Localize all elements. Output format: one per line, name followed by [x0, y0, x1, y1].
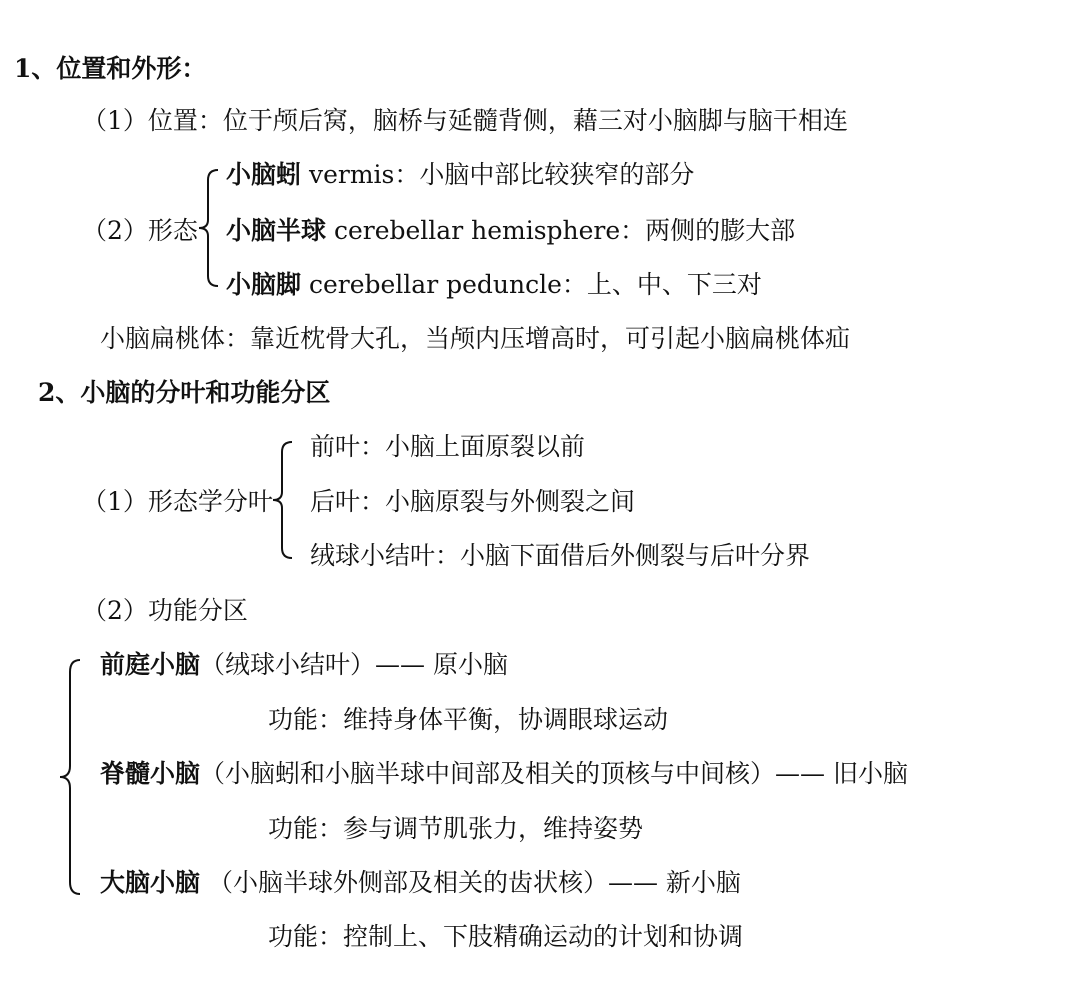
shape-en: cerebellar hemisphere： [326, 216, 645, 245]
morph-label: （1）形态学分叶 [82, 487, 273, 517]
func-zone: 大脑小脑 （小脑半球外侧部及相关的齿状核）—— 新小脑 [100, 868, 741, 898]
zone-detail: （小脑半球外侧部及相关的齿状核）—— 新小脑 [200, 868, 741, 897]
shape-en: cerebellar peduncle： [301, 270, 587, 299]
position-row: （1）位置：位于颅后窝，脑桥与延髓背侧，藉三对小脑脚与脑干相连 [82, 106, 848, 136]
func-zone: 脊髓小脑（小脑蚓和小脑半球中间部及相关的顶核与中间核）—— 旧小脑 [100, 759, 908, 789]
position-text: 位于颅后窝，脑桥与延髓背侧，藉三对小脑脚与脑干相连 [223, 106, 848, 135]
position-label: （1）位置： [82, 106, 223, 135]
shape-term: 小脑半球 [226, 216, 326, 245]
func-zone: 前庭小脑（绒球小结叶）—— 原小脑 [100, 650, 508, 680]
zone-function: 功能：控制上、下肢精确运动的计划和协调 [268, 922, 743, 952]
shape-desc: 两侧的膨大部 [645, 216, 795, 245]
zone-name: 大脑小脑 [100, 868, 200, 897]
shape-en: vermis： [301, 160, 419, 189]
shape-desc: 小脑中部比较狭窄的部分 [419, 160, 694, 189]
section2-heading: 2、小脑的分叶和功能分区 [38, 378, 330, 408]
zone-name: 脊髓小脑 [100, 759, 200, 788]
brace-icon [270, 438, 296, 562]
brace-icon [56, 654, 86, 900]
shape-item: 小脑蚓 vermis：小脑中部比较狭窄的部分 [226, 160, 694, 190]
morph-item: 前叶：小脑上面原裂以前 [310, 432, 585, 462]
func-label: （2）功能分区 [82, 596, 248, 626]
shape-item: 小脑脚 cerebellar peduncle：上、中、下三对 [226, 270, 762, 300]
tonsil-note: 小脑扁桃体：靠近枕骨大孔，当颅内压增高时，可引起小脑扁桃体疝 [100, 324, 850, 354]
shape-term: 小脑脚 [226, 270, 301, 299]
section1-heading: 1、位置和外形： [14, 54, 206, 84]
brace-icon [196, 166, 222, 290]
shape-term: 小脑蚓 [226, 160, 301, 189]
shape-item: 小脑半球 cerebellar hemisphere：两侧的膨大部 [226, 216, 795, 246]
zone-function: 功能：维持身体平衡，协调眼球运动 [268, 705, 668, 735]
zone-function: 功能：参与调节肌张力，维持姿势 [268, 814, 643, 844]
morph-item: 绒球小结叶：小脑下面借后外侧裂与后叶分界 [310, 541, 810, 571]
shape-label: （2）形态 [82, 216, 198, 246]
zone-name: 前庭小脑 [100, 650, 200, 679]
shape-desc: 上、中、下三对 [587, 270, 762, 299]
zone-detail: （小脑蚓和小脑半球中间部及相关的顶核与中间核）—— 旧小脑 [200, 759, 908, 788]
zone-detail: （绒球小结叶）—— 原小脑 [200, 650, 508, 679]
morph-item: 后叶：小脑原裂与外侧裂之间 [310, 487, 635, 517]
